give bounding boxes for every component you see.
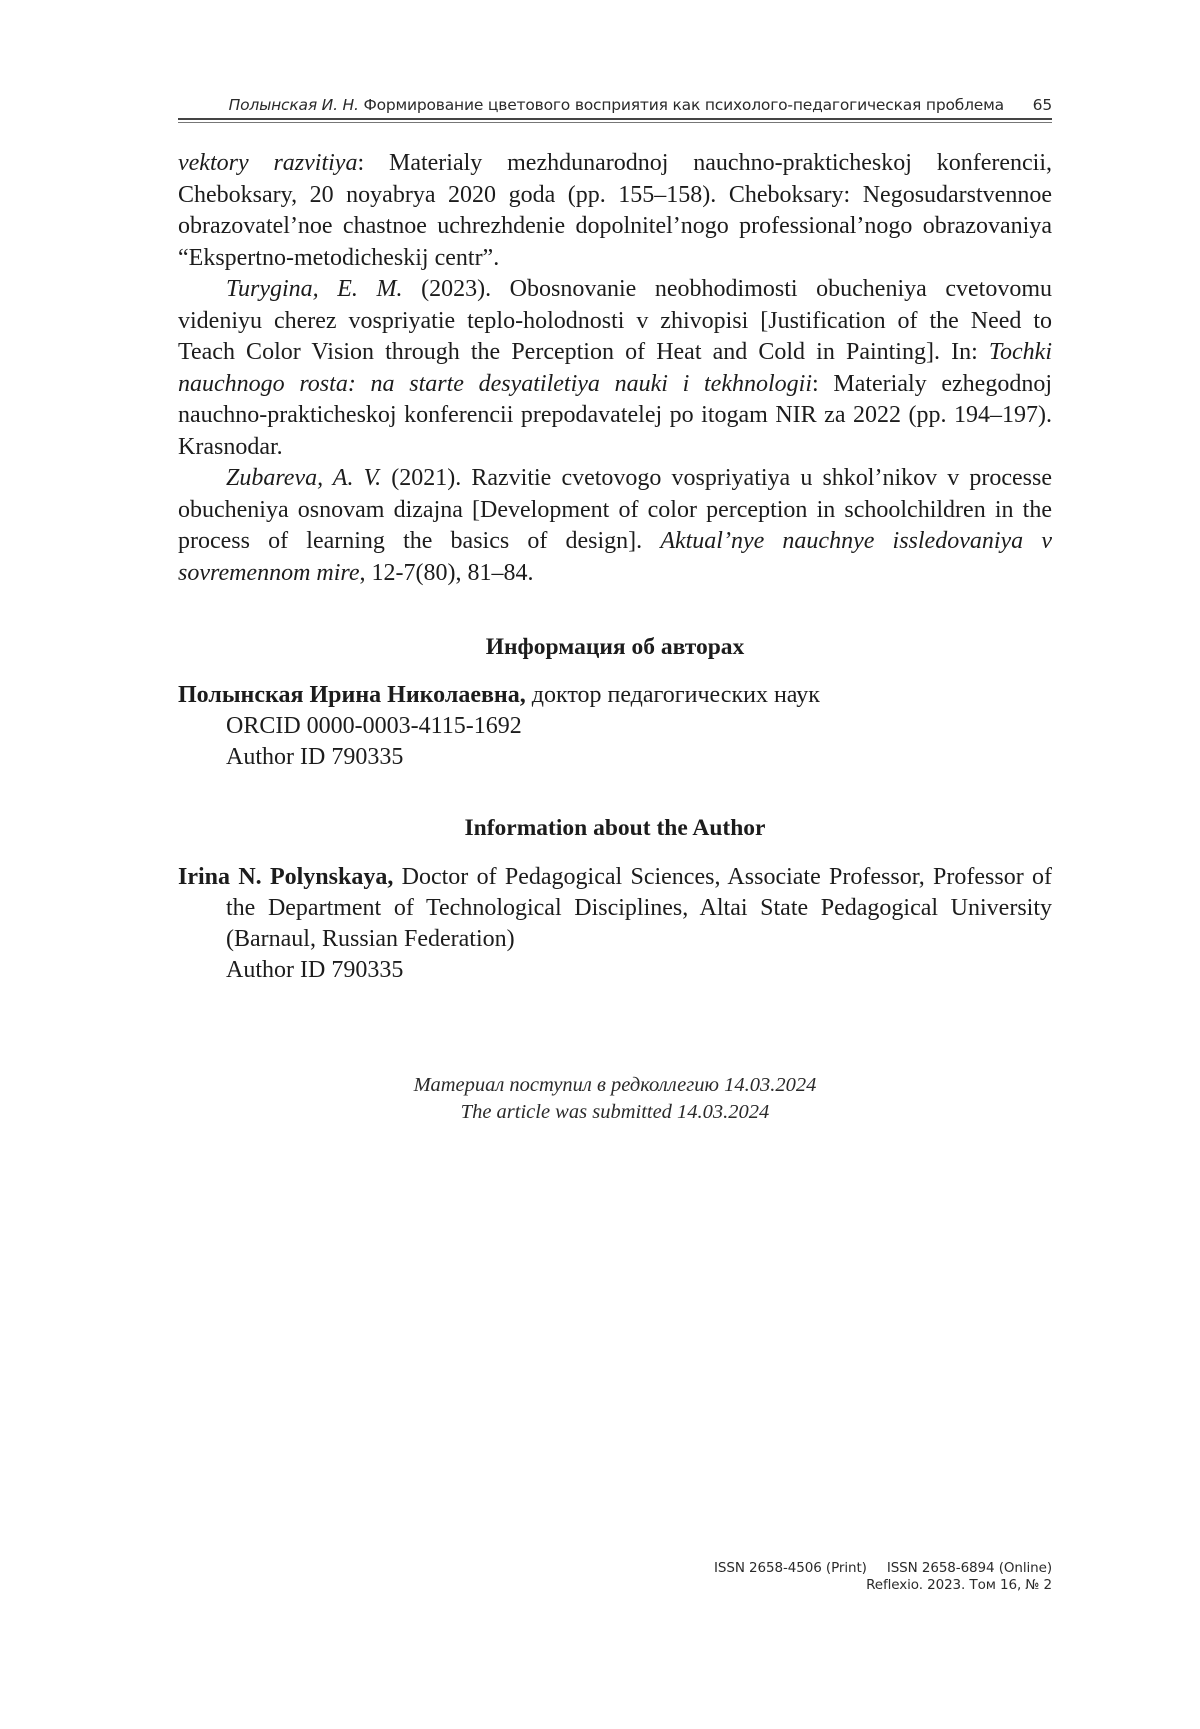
reference-item: Zubareva, A. V. (2021). Razvitie cvetovo… [178, 463, 1052, 589]
author-id: Author ID 790335 [178, 955, 1052, 986]
journal-issue: Reflexio. 2023. Том 16, № 2 [178, 1577, 1052, 1594]
header-rule-thin [178, 122, 1052, 123]
issn-line: ISSN 2658-4506 (Print)ISSN 2658-6894 (On… [178, 1560, 1052, 1577]
references-list: vektory razvitiya: Materialy mezhdunarod… [178, 148, 1052, 589]
running-head: Полынская И. Н. Формирование цветового в… [178, 96, 1052, 114]
author-degree: доктор педагогических наук [526, 682, 820, 708]
submission-note: Материал поступил в редколлегию 14.03.20… [178, 1072, 1052, 1126]
authors-heading-en: Information about the Author [178, 815, 1052, 842]
reference-continuation: vektory razvitiya: Materialy mezhdunarod… [178, 148, 1052, 274]
author-info-en: Irina N. Polynskaya, Doctor of Pedagogic… [178, 862, 1052, 986]
reference-item: Turygina, E. M. (2023). Obosnovanie neob… [178, 274, 1052, 463]
author-name-line: Полынская Ирина Николаевна, доктор педаг… [178, 680, 1052, 711]
author-name-line: Irina N. Polynskaya, Doctor of Pedagogic… [178, 862, 1052, 955]
author-name: Irina N. Polynskaya, [178, 864, 393, 890]
author-info-ru: Полынская Ирина Николаевна, доктор педаг… [178, 680, 1052, 773]
reference-author: Zubareva, A. V. [226, 465, 381, 491]
reference-author: Turygina, E. M. [226, 276, 403, 302]
submission-en: The article was submitted 14.03.2024 [178, 1099, 1052, 1126]
author-orcid: ORCID 0000-0003-4115-1692 [178, 711, 1052, 742]
issn-print: ISSN 2658-4506 (Print) [714, 1560, 867, 1576]
authors-heading-ru: Информация об авторах [178, 634, 1052, 661]
header-rule [178, 118, 1052, 120]
reference-italic: vektory razvitiya [178, 150, 357, 176]
issn-online: ISSN 2658-6894 (Online) [887, 1560, 1052, 1576]
reference-text: , 12-7(80), 81–84. [360, 560, 534, 586]
author-id: Author ID 790335 [178, 742, 1052, 773]
submission-ru: Материал поступил в редколлегию 14.03.20… [178, 1072, 1052, 1099]
running-head-author: Полынская И. Н. [229, 96, 359, 114]
running-head-title: Формирование цветового восприятия как пс… [363, 96, 1003, 114]
page-footer: ISSN 2658-4506 (Print)ISSN 2658-6894 (On… [178, 1560, 1052, 1594]
author-name: Полынская Ирина Николаевна, [178, 682, 526, 708]
page-number: 65 [1033, 96, 1052, 114]
